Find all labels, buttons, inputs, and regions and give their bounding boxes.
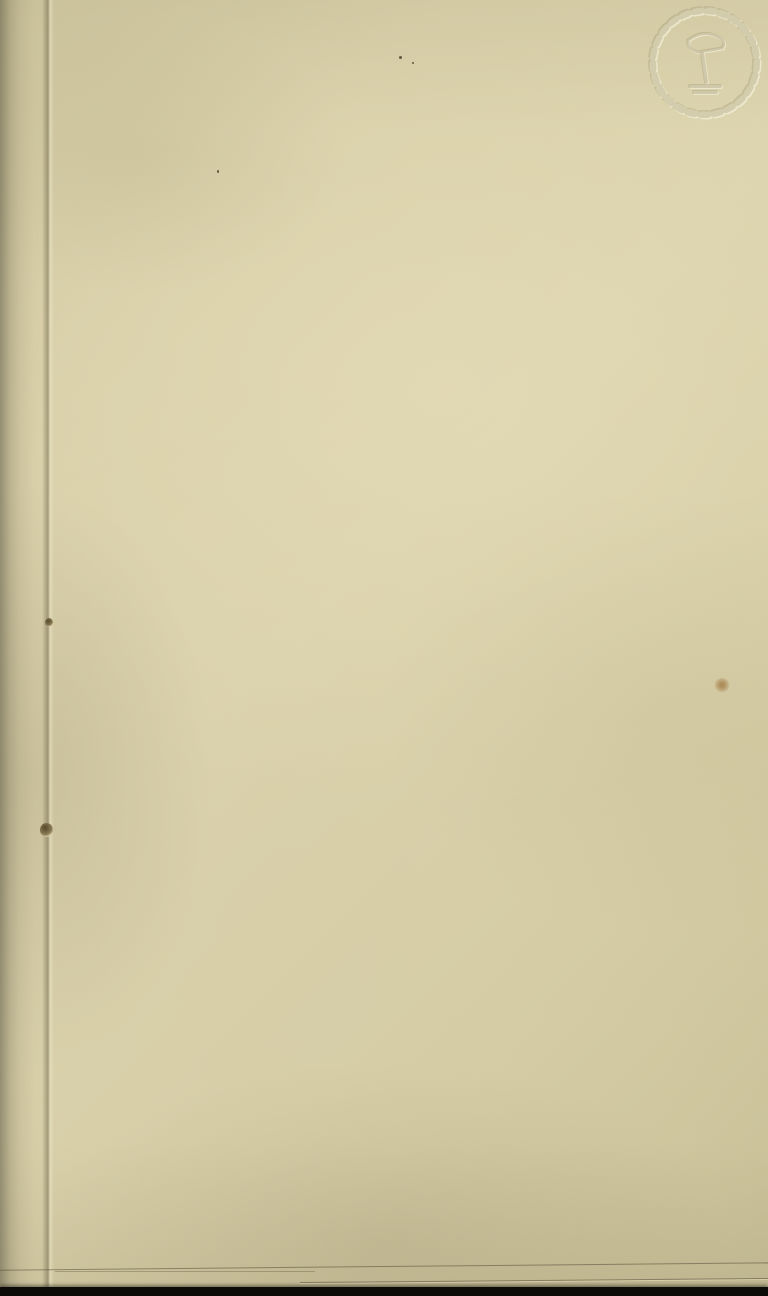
- scan-edge-bar: [0, 1287, 768, 1296]
- fox-stain: [714, 678, 730, 692]
- ink-speck: [412, 62, 414, 64]
- book-spine-edge: [0, 0, 60, 1296]
- paper-texture: [0, 0, 768, 1296]
- stitch-hole: [45, 618, 53, 627]
- embossed-seal-icon: [628, 0, 768, 141]
- paper-crease: [300, 1278, 768, 1283]
- scanned-book-page: [0, 0, 768, 1296]
- stitch-hole: [40, 823, 53, 837]
- paper-crease: [0, 1262, 768, 1270]
- paper-crease: [55, 1271, 315, 1272]
- gutter-fold-line: [42, 0, 54, 1296]
- ink-speck: [399, 56, 402, 59]
- ink-speck: [217, 170, 219, 173]
